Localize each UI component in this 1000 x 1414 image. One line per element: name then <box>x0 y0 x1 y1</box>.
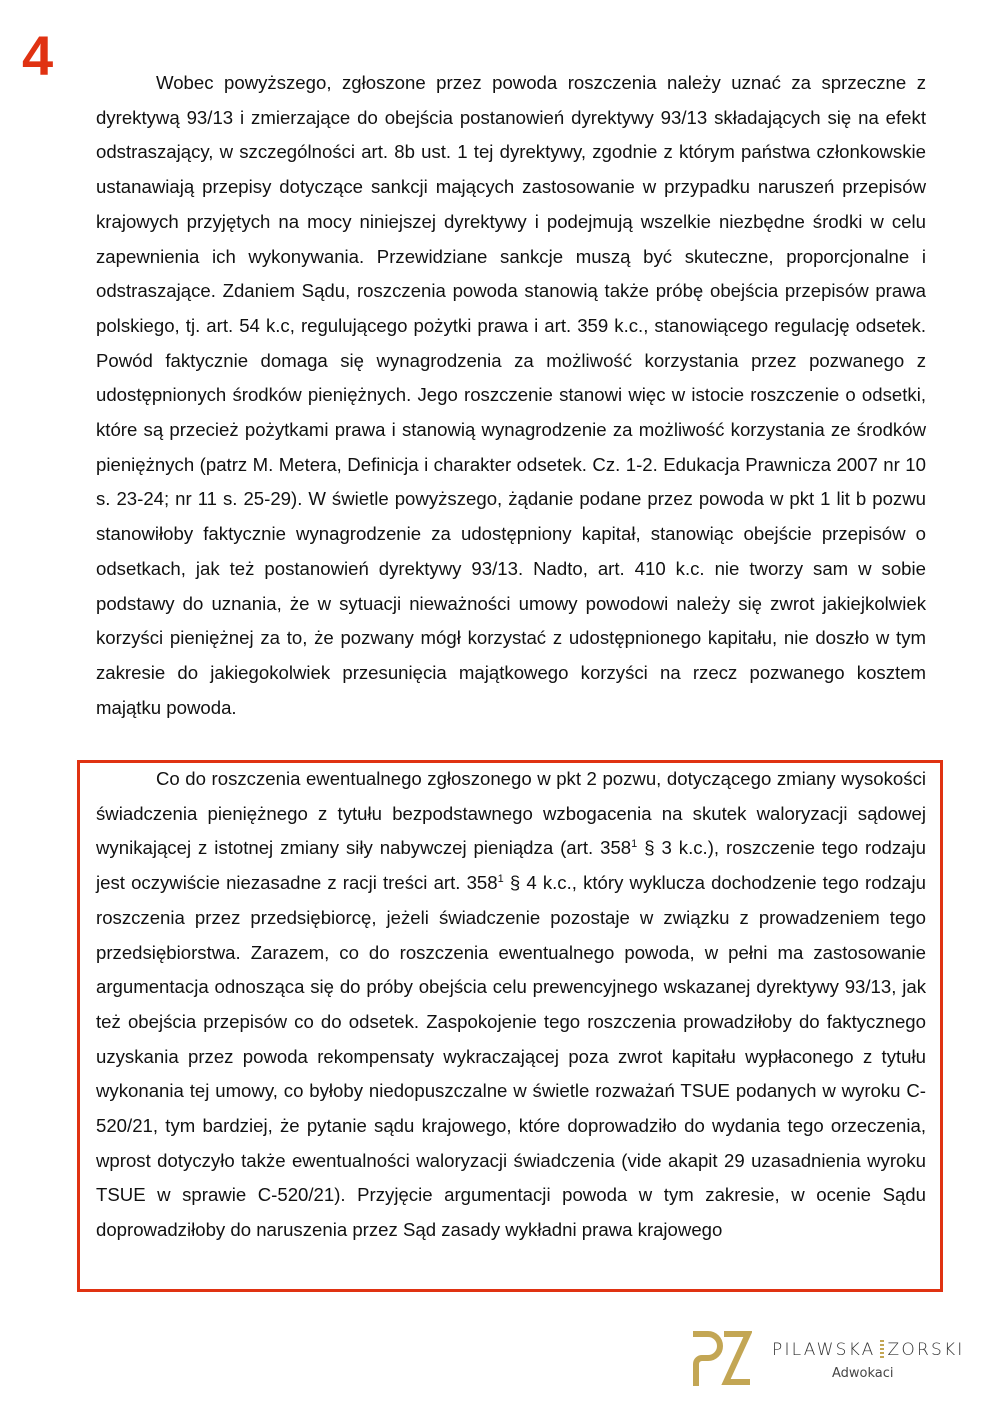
firm-logo: PILAWSKAZORSKI Adwokaci <box>690 1326 980 1390</box>
paragraph-2-text: Co do roszczenia ewentualnego zgłoszoneg… <box>96 762 926 1248</box>
paragraph-2: Co do roszczenia ewentualnego zgłoszoneg… <box>96 762 926 1248</box>
paragraph-1-text: Wobec powyższego, zgłoszone przez powoda… <box>96 66 926 725</box>
logo-subtitle: Adwokaci <box>832 1366 894 1381</box>
paragraph-2-part-3: § 4 k.c., który wyklucza dochodzenie teg… <box>96 872 926 1240</box>
logo-firm-name: PILAWSKAZORSKI <box>772 1340 965 1360</box>
logo-name-left: PILAWSKA <box>772 1340 876 1360</box>
pz-monogram-icon <box>690 1330 752 1386</box>
page-number: 4 <box>22 28 53 84</box>
logo-name-right: ZORSKI <box>888 1340 965 1360</box>
logo-separator <box>880 1340 884 1358</box>
paragraph-1: Wobec powyższego, zgłoszone przez powoda… <box>96 66 926 725</box>
